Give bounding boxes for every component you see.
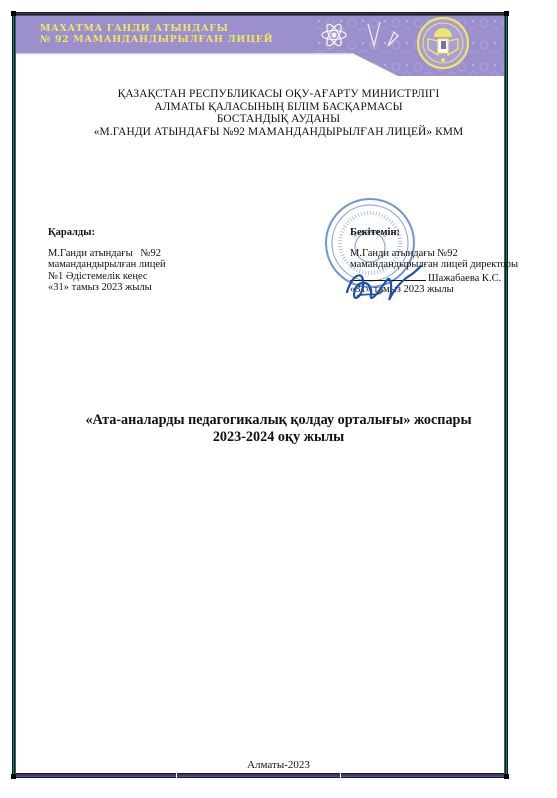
signature-icon: [343, 262, 423, 312]
approved-heading: Бекітемін:: [350, 227, 518, 239]
signer-name: Шажабаева К.С.: [428, 273, 501, 284]
border-bottom: [12, 773, 508, 778]
school-name: «М.ГАНДИ АТЫНДАҒЫ №92 МАМАНДАНДЫРЫЛҒАН Л…: [0, 126, 557, 139]
reviewed-line: №1 Әдістемелік кеңес: [48, 271, 166, 283]
banner-title-line: № 92 МАМАНДАНДЫРЫЛҒАН ЛИЦЕЙ: [40, 34, 273, 45]
approved-line: М.Ганди атындағы №92: [350, 248, 518, 260]
banner-title: МАХАТМА ГАНДИ АТЫНДАҒЫ № 92 МАМАНДАНДЫРЫ…: [40, 23, 273, 45]
ministry-name: ҚАЗАҚСТАН РЕСПУБЛИКАСЫ ОҚУ-АҒАРТУ МИНИСТ…: [0, 88, 557, 101]
document-title-main: «Ата-аналарды педагогикалық қолдау ортал…: [0, 412, 557, 429]
banner-title-line: МАХАТМА ГАНДИ АТЫНДАҒЫ: [40, 23, 273, 34]
reviewed-block: Қаралды: М.Ганди атындағы №92 маманданды…: [48, 227, 166, 294]
header-banner: МАХАТМА ГАНДИ АТЫНДАҒЫ № 92 МАМАНДАНДЫРЫ…: [16, 16, 504, 78]
organization-header: ҚАЗАҚСТАН РЕСПУБЛИКАСЫ ОҚУ-АҒАРТУ МИНИСТ…: [0, 88, 557, 138]
city-department: АЛМАТЫ ҚАЛАСЫНЫҢ БІЛІМ БАСҚАРМАСЫ: [0, 101, 557, 114]
lyceum-emblem-icon: [418, 18, 468, 68]
reviewed-date: «31» тамыз 2023 жылы: [48, 282, 166, 294]
reviewed-heading: Қаралды:: [48, 227, 166, 239]
footer-city-year: Алматы-2023: [0, 759, 557, 771]
document-title: «Ата-аналарды педагогикалық қолдау ортал…: [0, 412, 557, 446]
border-corner: [504, 774, 509, 779]
reviewed-line: М.Ганди атындағы №92: [48, 248, 166, 260]
district-name: БОСТАНДЫҚ АУДАНЫ: [0, 113, 557, 126]
reviewed-line: мамандандырылған лицей: [48, 259, 166, 271]
border-corner: [11, 774, 16, 779]
border-corner: [504, 11, 509, 16]
document-academic-year: 2023-2024 оқу жылы: [0, 429, 557, 446]
border-tick: [340, 773, 341, 778]
border-tick: [176, 773, 177, 778]
